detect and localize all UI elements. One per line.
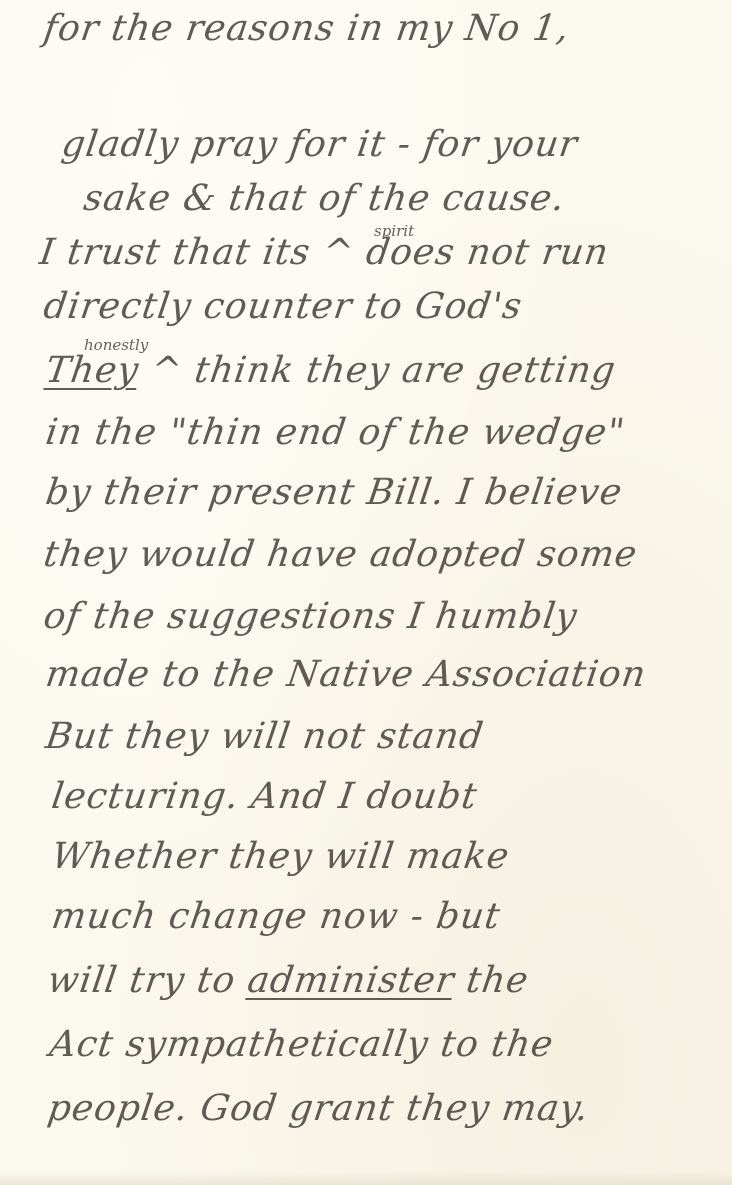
letter-line-5: directly counter to God's [41, 286, 525, 327]
letter-line-14: Whether they will make [49, 836, 512, 877]
letter-line-16: will try to administer the [45, 960, 531, 1001]
letter-line-15: much change now - but [49, 896, 503, 937]
underlined-word: They [43, 350, 142, 391]
letter-line-6: They ^ think they are getting [43, 350, 618, 391]
letter-line-7: in the "thin end of the wedge" [43, 412, 628, 453]
letter-line-8: by their present Bill. I believe [43, 472, 625, 513]
letter-line-18: people. God grant they may. [45, 1088, 592, 1129]
letter-line-2: gladly pray for it - for your [59, 124, 580, 165]
letter-line-4: I trust that its ^ does not run [37, 232, 611, 273]
letter-line-10: of the suggestions I humbly [41, 596, 580, 637]
letter-line-1: for the reasons in my No 1, [41, 8, 572, 49]
letter-line-12: But they will not stand [43, 716, 486, 757]
line-text-pre: will try to [45, 960, 251, 1001]
letter-line-17: Act sympathetically to the [47, 1024, 556, 1065]
letter-line-3: sake & that of the cause. [81, 178, 568, 219]
line-text-post: the [451, 960, 531, 1001]
letter-line-13: lecturing. And I doubt [49, 776, 480, 817]
line-text: ^ think they are getting [136, 350, 619, 391]
letter-line-9: they would have adopted some [41, 534, 640, 575]
underlined-word: administer [245, 960, 457, 1001]
letter-line-11: made to the Native Association [43, 654, 649, 695]
letter-page: for the reasons in my No 1, gladly pray … [0, 0, 732, 1185]
